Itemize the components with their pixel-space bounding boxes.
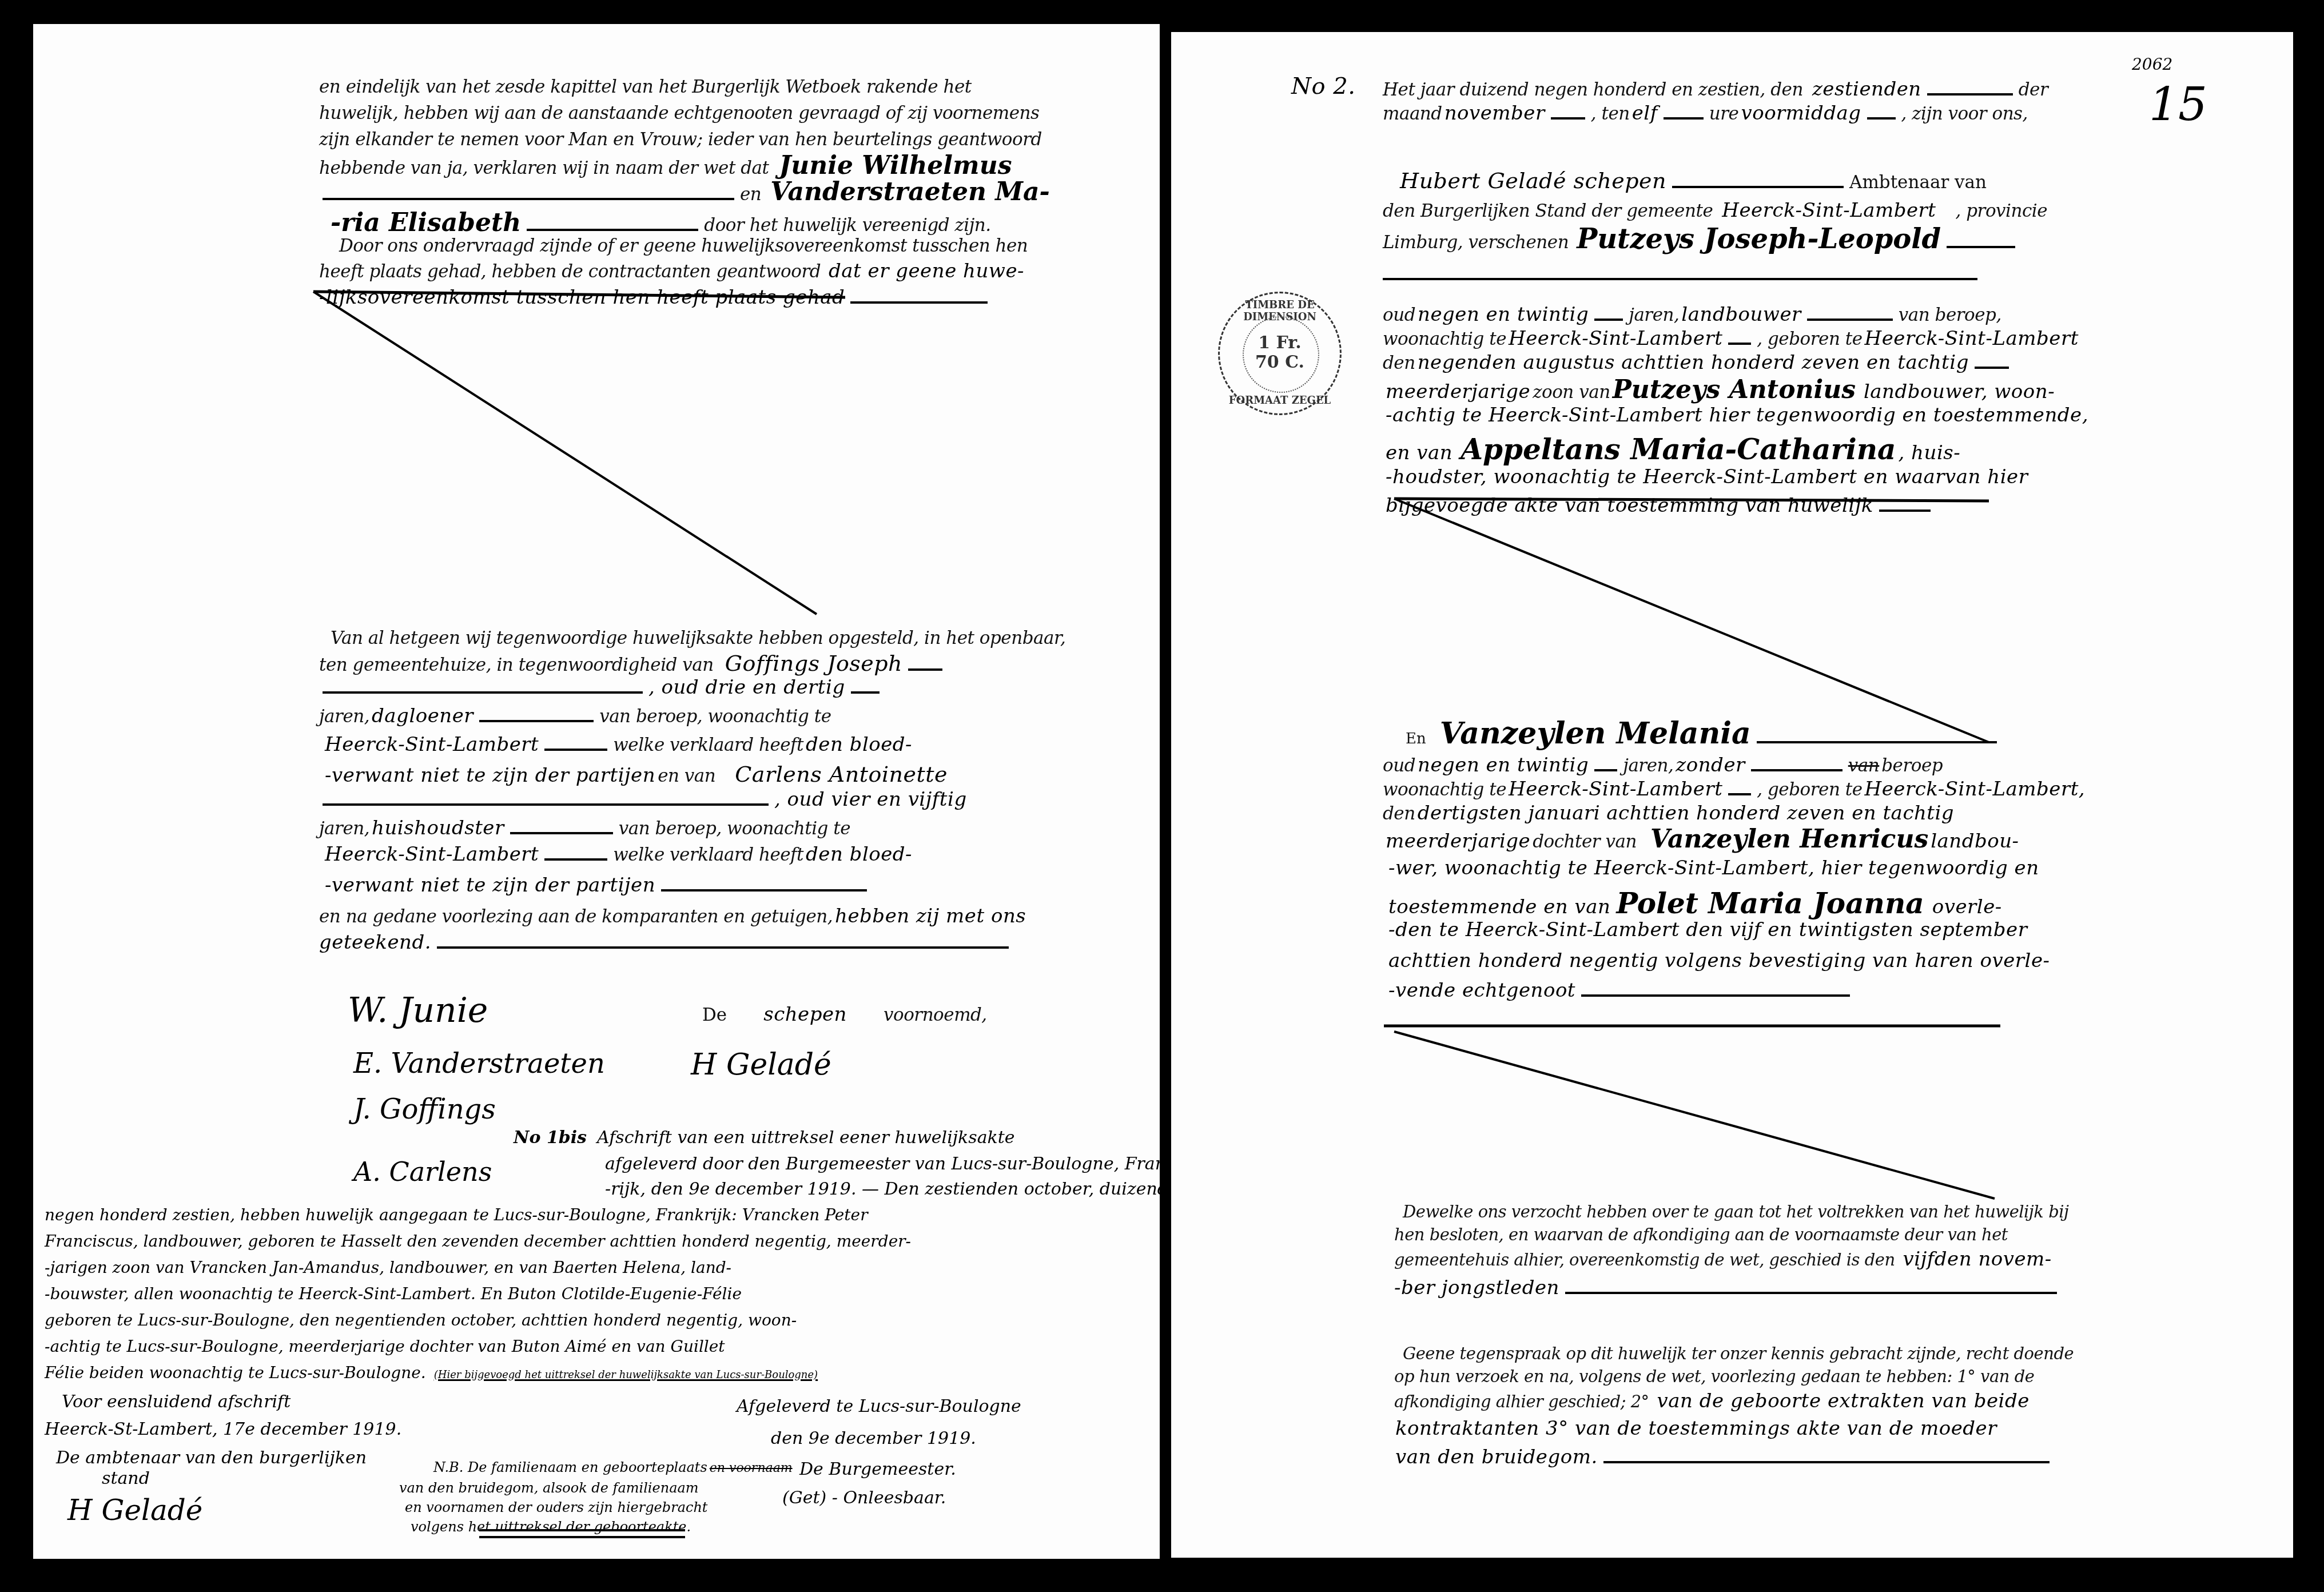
banns-text: gemeentehuis alhier, overeenkomstig de w… (1394, 1250, 1895, 1269)
documents-handwritten: van de geboorte extrakten van beide (1657, 1390, 2029, 1412)
den-bloed: den bloed- (806, 733, 912, 756)
officer-label: De schepen voornoemd, (702, 1003, 987, 1026)
jaren-label: jaren, (319, 818, 369, 839)
schepen-label: schepen (763, 1003, 847, 1026)
annotation-line-10: Félie beiden woonachtig te Lucs-sur-Boul… (45, 1363, 818, 1382)
reading-text: en na gedane voorlezing aan de komparant… (319, 906, 833, 927)
revenue-stamp: TIMBRE DE DIMENSION 1 Fr. 70 C. FORMAAT … (1218, 292, 1342, 415)
blank-rule (908, 668, 942, 671)
reading-line-2: geteekend. (319, 931, 1012, 954)
signature-groom: W. Junie (348, 990, 488, 1030)
witness2-residence-line: Heerck-Sint-Lambert welke verklaard heef… (325, 843, 912, 866)
welke-verklaard-label: welke verklaard heeft (613, 735, 803, 755)
den-bloed: den bloed- (806, 843, 912, 866)
van-beroep-label: van beroep, woonachtig te (619, 818, 850, 839)
witness2-name: Carlens Antoinette (735, 762, 948, 787)
annotation-line-9: -achtig te Lucs-sur-Boulogne, meerderjar… (45, 1337, 725, 1356)
cancellation-strike-lines (1171, 32, 2293, 1233)
stamp-value-francs: 1 Fr. (1220, 333, 1340, 353)
witness1-name: Goffings Joseph (725, 651, 902, 676)
blank-rule (437, 946, 1009, 949)
witness1-residence: Heerck-Sint-Lambert (325, 733, 539, 756)
conform-line-1: Voor eensluidend afschrift (62, 1392, 290, 1412)
witness1-relation-line: -verwant niet te zijn der partijen en va… (325, 762, 948, 787)
witness1-age-line: , oud drie en dertig (319, 676, 883, 699)
documents-line-2: op hun verzoek en na, volgens de wet, vo… (1394, 1367, 2034, 1386)
van-beroep-label: van beroep, woonachtig te (599, 706, 831, 727)
blank-rule (1603, 1461, 2050, 1463)
conform-signature: H Geladé (67, 1494, 202, 1527)
jaren-label: jaren, (319, 706, 369, 727)
mayor-line-1: De Burgemeester. (799, 1459, 956, 1479)
blank-rule (479, 720, 594, 722)
annotation-line-6: -jarigen zoon van Vrancken Jan-Amandus, … (45, 1258, 731, 1277)
documents-handwritten: van den bruidegom. (1395, 1446, 1598, 1468)
nb-text: N.B. De familienaam en geboorteplaats (433, 1459, 707, 1475)
nb-double-rule-1 (479, 1529, 685, 1531)
conform-line-3: De ambtenaar van den burgerlijken (56, 1448, 367, 1468)
witness-intro-1: Van al hetgeen wij tegenwoordige huwelij… (331, 628, 1065, 648)
annotation-line-7: -bouwster, allen woonachtig te Heerck-Si… (45, 1284, 742, 1303)
cancellation-strike-lines (33, 24, 1160, 653)
blank-rule (661, 889, 867, 891)
witness2-occupation-line: jaren, huishoudster van beroep, woonacht… (319, 817, 850, 839)
mayor-line-2: (Get) - Onleesbaar. (782, 1488, 946, 1508)
signature-witness2: A. Carlens (353, 1156, 492, 1187)
witness1-occupation-line: jaren, dagloener van beroep, woonachtig … (319, 705, 831, 727)
annotation-text: Afschrift van een uittreksel eener huwel… (597, 1128, 1015, 1148)
documents-line-5: van den bruidegom. (1395, 1446, 2053, 1468)
delivered-line-1: Afgeleverd te Lucs-sur-Boulogne (737, 1396, 1021, 1416)
witness1-residence-line: Heerck-Sint-Lambert welke verklaard heef… (325, 733, 912, 756)
nb-double-rule-2 (479, 1536, 685, 1538)
stamp-value-cents: 70 C. (1220, 353, 1340, 372)
witness2-age: , oud vier en vijftig (774, 788, 967, 811)
documents-text: afkondiging alhier geschied; 2° (1394, 1392, 1649, 1411)
banns-date-2: -ber jongstleden (1394, 1276, 1559, 1299)
banns-line-3: gemeentehuis alhier, overeenkomstig de w… (1394, 1248, 2052, 1271)
banns-date: vijfden novem- (1903, 1248, 2052, 1271)
annotation-line-2: afgeleverd door den Burgemeester van Luc… (605, 1154, 1160, 1174)
annotation-line-8: geboren te Lucs-sur-Boulogne, den negent… (45, 1311, 797, 1330)
delivered-line-2: den 9e december 1919. (771, 1428, 976, 1448)
witness2-relation-line: -verwant niet te zijn der partijen (325, 874, 870, 897)
nb-line-1: N.B. De familienaam en geboorteplaats en… (433, 1459, 793, 1475)
blank-rule (323, 803, 769, 806)
banns-line-2: hen besloten, en waarvan de afkondiging … (1394, 1225, 2008, 1244)
signature-bride: E. Vanderstraeten (353, 1048, 605, 1080)
stamp-bottom-text: FORMAAT ZEGEL (1220, 395, 1340, 407)
annotation-line-5: Franciscus, landbouwer, geboren te Hasse… (45, 1232, 911, 1251)
conform-line-4: stand (102, 1468, 150, 1488)
witness1-age: , oud drie en dertig (648, 676, 845, 699)
witness1-relation: -verwant niet te zijn der partijen (325, 764, 655, 787)
annotation-text: Félie beiden woonachtig te Lucs-sur-Boul… (45, 1363, 426, 1382)
nb-line-3: en voornamen der ouders zijn hiergebrach… (405, 1499, 708, 1515)
witness2-age-line: , oud vier en vijftig (319, 788, 967, 811)
reading-line-1: en na gedane voorlezing aan de komparant… (319, 905, 1026, 928)
witness2-residence: Heerck-Sint-Lambert (325, 843, 539, 866)
blank-rule (851, 691, 880, 694)
witness-intro-text: ten gemeentehuize, in tegenwoordigheid v… (319, 655, 714, 675)
documents-line-3: afkondiging alhier geschied; 2° van de g… (1394, 1390, 2029, 1412)
annotation-line-4: negen honderd zestien, hebben huwelijk a… (45, 1205, 868, 1224)
stamp-value: 1 Fr. 70 C. (1220, 333, 1340, 372)
witness1-occupation: dagloener (372, 705, 473, 727)
annotation-line-3: -rijk, den 9e december 1919. — Den zesti… (605, 1179, 1160, 1199)
conform-line-2: Heerck-St-Lambert, 17e december 1919. (45, 1419, 401, 1439)
annotation-line-1: No 1bis Afschrift van een uittreksel een… (514, 1128, 1015, 1148)
blank-rule (544, 858, 607, 861)
en-van-label: en van (658, 766, 715, 786)
right-page: 2062 15 No 2. Het jaar duizend negen hon… (1171, 32, 2293, 1558)
blank-rule (544, 749, 607, 751)
witness2-relation: -verwant niet te zijn der partijen (325, 874, 655, 897)
witness-intro-2: ten gemeentehuize, in tegenwoordigheid v… (319, 651, 946, 676)
blank-rule (1565, 1292, 2057, 1294)
nb-struck-text: en voornaam (710, 1461, 793, 1475)
annotation-side-note: (Hier bijgevoegd het uittreksel der huwe… (434, 1369, 818, 1381)
page-gutter (1162, 32, 1170, 1560)
left-page: en eindelijk van het zesde kapittel van … (33, 24, 1160, 1559)
nb-line-4: volgens het uittreksel der geboorteakte. (411, 1519, 691, 1535)
documents-line-1: Geene tegenspraak op dit huwelijk ter on… (1403, 1344, 2074, 1363)
banns-line-1: Dewelke ons verzocht hebben over te gaan… (1403, 1202, 2068, 1221)
signature-witness1: J. Goffings (353, 1093, 496, 1125)
geteekend: geteekend. (319, 931, 431, 954)
welke-verklaard-label: welke verklaard heeft (613, 845, 803, 865)
reading-handwritten: hebben zij met ons (835, 905, 1026, 928)
voornoemd-label: voornoemd, (884, 1005, 987, 1025)
de-label: De (702, 1005, 727, 1025)
blank-rule (323, 691, 643, 694)
witness2-occupation: huishoudster (372, 817, 504, 839)
nb-line-2: van den bruidegom, alsook de familienaam (399, 1480, 699, 1496)
banns-line-4: -ber jongstleden (1394, 1276, 2060, 1299)
documents-line-4: kontraktanten 3° van de toestemmings akt… (1395, 1417, 1997, 1440)
signature-officer: H Geladé (691, 1048, 831, 1082)
annotation-number: No 1bis (514, 1128, 587, 1148)
blank-rule (510, 832, 613, 834)
